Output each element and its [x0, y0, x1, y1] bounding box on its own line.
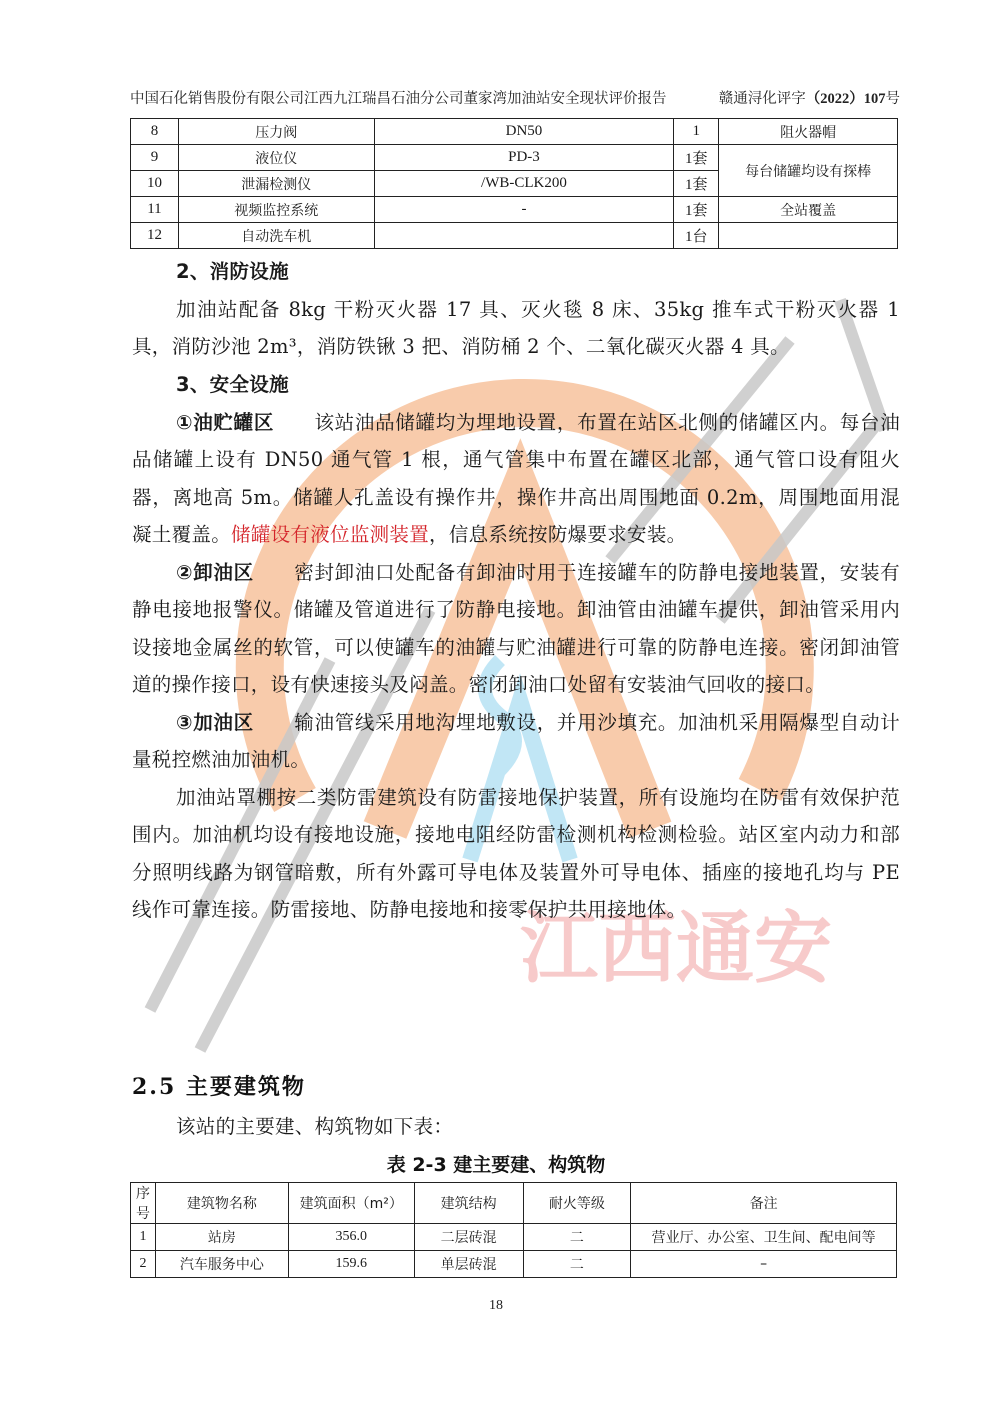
- cell-no: 12: [131, 223, 179, 249]
- cell-note: –: [631, 1251, 897, 1278]
- fire-paragraph: 加油站配备 8kg 干粉灭火器 17 具、灭火毯 8 床、35kg 推车式干粉灭…: [132, 291, 900, 366]
- cell-model: -: [374, 197, 674, 223]
- cell-model: PD-3: [374, 145, 674, 171]
- unload-area-label: ②卸油区: [176, 561, 254, 584]
- cell-note-merged: 每台储罐均设有探棒: [719, 145, 898, 197]
- intro-text: 该站的主要建、构筑物如下表：: [132, 1108, 900, 1146]
- header-rule: [130, 110, 900, 111]
- fuel-area-label: ③加油区: [176, 711, 254, 734]
- tank-area-text-end: ，信息系统按防爆要求安装。: [429, 523, 686, 546]
- cell-name: 视频监控系统: [178, 197, 374, 223]
- document-page: 江西通安 中国石化销售股份有限公司江西九江瑞昌石油分公司董家湾加油站安全现状评价…: [0, 0, 992, 1403]
- cell-qty: 1套: [674, 171, 719, 197]
- table-header-row: 序号 建筑物名称 建筑面积（m²） 建筑结构 耐火等级 备注: [131, 1183, 897, 1224]
- fire-facilities-section: 2、消防设施 加油站配备 8kg 干粉灭火器 17 具、灭火毯 8 床、35kg…: [132, 253, 900, 366]
- cell-model: /WB-CLK200: [374, 171, 674, 197]
- table-row: 12 自动洗车机 1台: [131, 223, 898, 249]
- table-row: 1 站房 356.0 二层砖混 二 营业厅、办公室、卫生间、配电间等: [131, 1224, 897, 1251]
- report-reference: 赣通浔化评字（2022）107号: [719, 87, 900, 108]
- table-row: 9 液位仪 PD-3 1套 每台储罐均设有探棒: [131, 145, 898, 171]
- tank-area-paragraph: ①油贮罐区 该站油品储罐均为埋地设置，布置在站区北侧的储罐区内。每台油品储罐上设…: [132, 404, 900, 554]
- col-header: 序号: [131, 1183, 156, 1224]
- section-intro: 该站的主要建、构筑物如下表：: [132, 1108, 900, 1146]
- cell-area: 159.6: [288, 1251, 414, 1278]
- cell-note: 全站覆盖: [719, 197, 898, 223]
- cell-model: [374, 223, 674, 249]
- table-row: 8 压力阀 DN50 1 阻火器帽: [131, 119, 898, 145]
- page-number: 18: [0, 1298, 992, 1314]
- cell-no: 10: [131, 171, 179, 197]
- cell-no: 11: [131, 197, 179, 223]
- table-row: 11 视频监控系统 - 1套 全站覆盖: [131, 197, 898, 223]
- cell-no: 1: [131, 1224, 156, 1251]
- cell-model: DN50: [374, 119, 674, 145]
- col-header: 建筑物名称: [155, 1183, 288, 1224]
- safety-facilities-section: 3、安全设施 ①油贮罐区 该站油品储罐均为埋地设置，布置在站区北侧的储罐区内。每…: [132, 366, 900, 929]
- highlighted-text: 储罐设有液位监测装置: [231, 523, 429, 546]
- col-header: 建筑面积（m²）: [288, 1183, 414, 1224]
- cell-fire-rating: 二: [523, 1251, 631, 1278]
- report-title: 中国石化销售股份有限公司江西九江瑞昌石油分公司董家湾加油站安全现状评价报告: [130, 87, 667, 108]
- cell-name: 液位仪: [178, 145, 374, 171]
- unload-area-paragraph: ②卸油区 密封卸油口处配备有卸油时用于连接罐车的防静电接地装置，安装有静电接地报…: [132, 554, 900, 704]
- cell-qty: 1套: [674, 145, 719, 171]
- cell-structure: 二层砖混: [414, 1224, 523, 1251]
- cell-name: 站房: [155, 1224, 288, 1251]
- page-header: 中国石化销售股份有限公司江西九江瑞昌石油分公司董家湾加油站安全现状评价报告 赣通…: [130, 86, 900, 108]
- col-header: 建筑结构: [414, 1183, 523, 1224]
- fire-heading: 2、消防设施: [132, 253, 900, 291]
- cell-note: [719, 223, 898, 249]
- cell-name: 压力阀: [178, 119, 374, 145]
- cell-qty: 1: [674, 119, 719, 145]
- cell-structure: 单层砖混: [414, 1251, 523, 1278]
- cell-no: 2: [131, 1251, 156, 1278]
- lightning-paragraph: 加油站罩棚按二类防雷建筑设有防雷接地保护装置，所有设施均在防雷有效保护范围内。加…: [132, 779, 900, 929]
- building-table: 序号 建筑物名称 建筑面积（m²） 建筑结构 耐火等级 备注 1 站房 356.…: [130, 1182, 897, 1278]
- col-header: 耐火等级: [523, 1183, 631, 1224]
- table-row: 2 汽车服务中心 159.6 单层砖混 二 –: [131, 1251, 897, 1278]
- safety-heading: 3、安全设施: [132, 366, 900, 404]
- cell-area: 356.0: [288, 1224, 414, 1251]
- cell-no: 8: [131, 119, 179, 145]
- cell-fire-rating: 二: [523, 1224, 631, 1251]
- section-title: 2.5 主要建筑物: [132, 1070, 306, 1101]
- cell-note: 阻火器帽: [719, 119, 898, 145]
- col-header: 备注: [631, 1183, 897, 1224]
- tank-area-label: ①油贮罐区: [176, 411, 274, 434]
- cell-name: 自动洗车机: [178, 223, 374, 249]
- cell-name: 汽车服务中心: [155, 1251, 288, 1278]
- cell-qty: 1台: [674, 223, 719, 249]
- table-caption: 表 2-3 建主要建、构筑物: [0, 1150, 992, 1177]
- cell-note: 营业厅、办公室、卫生间、配电间等: [631, 1224, 897, 1251]
- cell-no: 9: [131, 145, 179, 171]
- equipment-table: 8 压力阀 DN50 1 阻火器帽 9 液位仪 PD-3 1套 每台储罐均设有探…: [130, 118, 898, 249]
- cell-name: 泄漏检测仪: [178, 171, 374, 197]
- fuel-area-paragraph: ③加油区 输油管线采用地沟埋地敷设，并用沙填充。加油机采用隔爆型自动计量税控燃油…: [132, 704, 900, 779]
- cell-qty: 1套: [674, 197, 719, 223]
